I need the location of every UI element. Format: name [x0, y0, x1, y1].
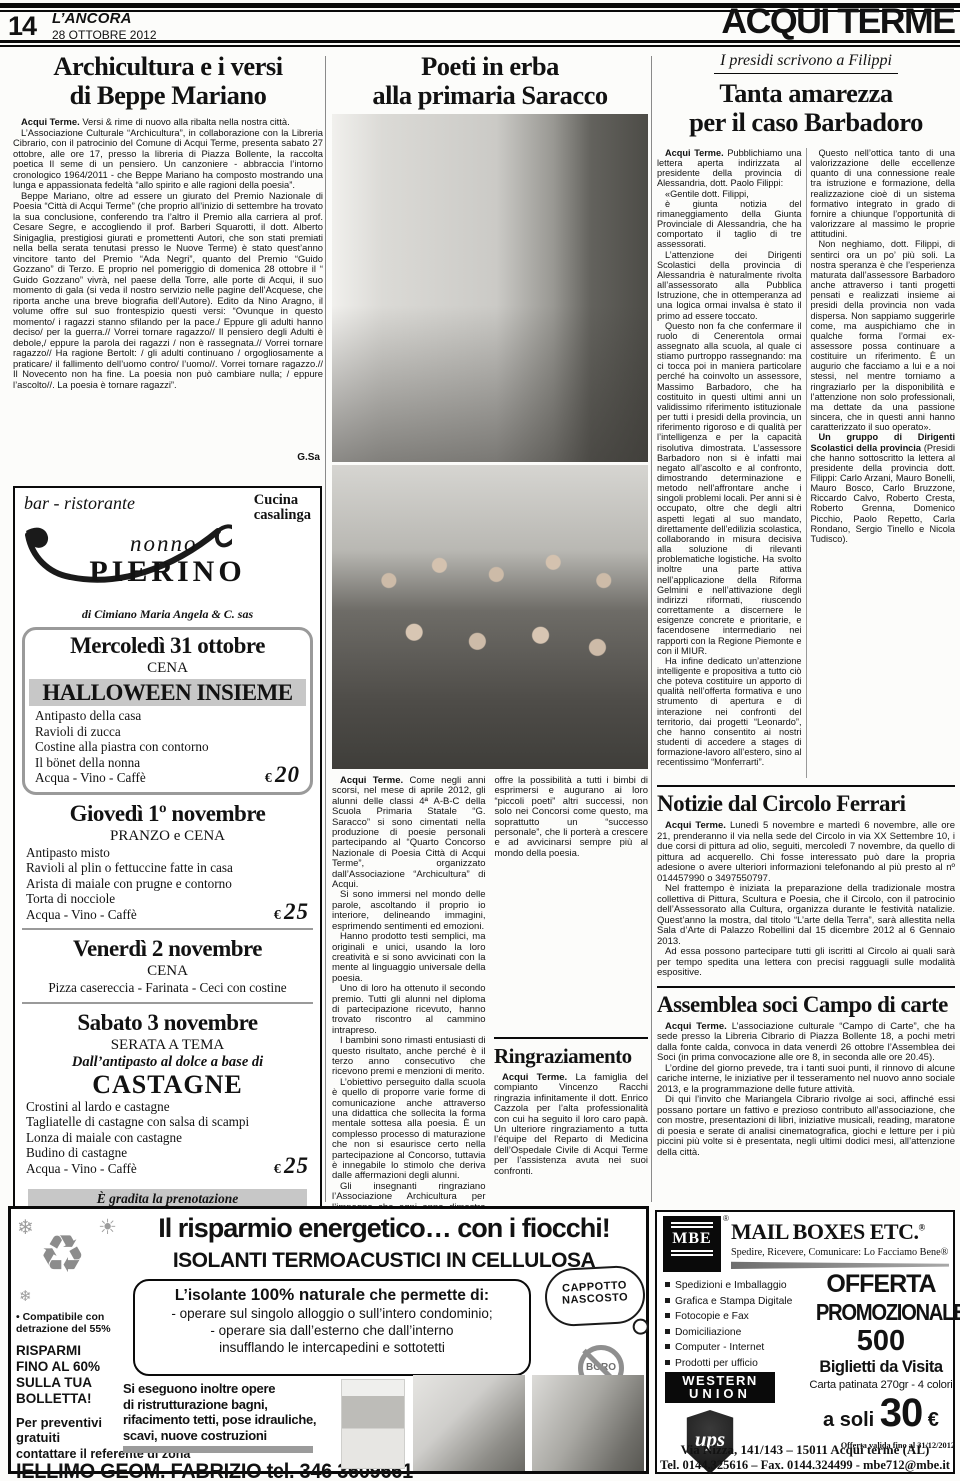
menu-venerdi-block: Venerdì 2 novembre CENA Pizza casereccia… [22, 936, 313, 1004]
paragraph: Questo nell’ottica tanto di una valorizz… [811, 148, 956, 239]
right-column: I presidi scrivono a Filippi Tanta amare… [657, 52, 955, 1158]
paragraph: Acqui Terme. Versi & rime di nuovo alla … [13, 117, 323, 128]
offer-word-2: PROMOZIONALE [816, 1299, 946, 1326]
union-label: UNION [665, 1387, 775, 1400]
kicker-text: I presidi scrivono a Filippi [714, 52, 898, 74]
photo-children-corridor [332, 114, 648, 462]
mbe-slogan: Spedire, Ricevere, Comunicare: Lo Faccia… [731, 1247, 955, 1258]
amount: 25 [284, 1153, 309, 1178]
menu-item: Budino di castagne [26, 1145, 313, 1161]
amount: 20 [275, 762, 300, 787]
eco-icon-cluster: ♻ ❄ ❄ ☀ [17, 1215, 119, 1307]
ringraziamento-body: Acqui Terme. La famiglia del compianto V… [494, 1073, 648, 1177]
mbe-contacts: Tel. 0144.325616 – Fax. 0144.324499 - mb… [657, 1458, 953, 1473]
snowflake-icon: ❄ [17, 1215, 34, 1240]
pierino-restaurant-ad: bar - ristorante Cucina casalinga nonno … [13, 486, 322, 1252]
menu-day: Venerdì 2 novembre [22, 936, 313, 962]
pierino-logo: nonno PIERINO [22, 529, 313, 607]
square-bullet-icon [665, 1329, 670, 1334]
service-label: Prodotti per ufficio [675, 1358, 758, 1369]
section-rule [494, 1037, 648, 1039]
menu-theme: CASTAGNE [22, 1071, 313, 1099]
menu-item: Acqua - Vino - Caffè [26, 907, 313, 923]
offer-quantity: 500 [807, 1326, 955, 1357]
house-diagram-image [341, 1379, 405, 1469]
paragraph: Ha infine dedicato un’attenzione intelli… [657, 656, 802, 768]
paragraph: L’obiettivo perseguito dalla scuola è qu… [332, 1078, 486, 1182]
middle-article-title-line1: Poeti in erba [332, 52, 648, 81]
square-bullet-icon [665, 1298, 670, 1303]
logo-line [671, 1222, 713, 1224]
worker-photo-1 [413, 1375, 525, 1471]
masthead-bottom-rule-2 [0, 45, 960, 47]
square-bullet-icon [665, 1313, 670, 1318]
free-quote-note: Per preventivi gratuiti [16, 1415, 126, 1445]
paragraph: L’Associazione Culturale “Archicultura”,… [13, 128, 323, 191]
paragraph: L’attenzione dei Dirigenti Scolastici de… [657, 250, 802, 321]
insulation-benefits-box: L’isolante 100% naturale che permette di… [133, 1279, 531, 1376]
menu-items: Antipasto misto Ravioli al plin o fettuc… [22, 845, 313, 923]
menu-price: € 25 [274, 904, 309, 924]
worker-photo-2 [532, 1375, 644, 1471]
paragraph: Acqui Terme. Lunedì 5 novembre e martedì… [657, 821, 955, 884]
left-column: Archicultura e i versi di Beppe Mariano … [13, 52, 323, 467]
left-article-title: Archicultura e i versi di Beppe Mariano [13, 52, 323, 110]
section-rule [657, 986, 955, 988]
paragraph: Nel frattempo è iniziata la preparazione… [657, 884, 955, 947]
middle-column: Poeti in erba alla primaria Saracco Acqu… [332, 52, 648, 1228]
offer-spec: Carta patinata 270gr - 4 colori [807, 1378, 955, 1392]
menu-giovedi-block: Giovedì 1º novembre PRANZO e CENA Antipa… [22, 801, 313, 931]
menu-sabato-block: Sabato 3 novembre SERATA A TEMA Dall’ant… [22, 1010, 313, 1183]
menu-day: Sabato 3 novembre [22, 1010, 313, 1036]
bar-ristorante-label: bar - ristorante [24, 493, 135, 514]
paragraph: Ad essa possono partecipare tutti gli is… [657, 947, 955, 979]
newspaper-page: 14 L’ANCORA 28 OTTOBRE 2012 ACQUI TERME … [0, 0, 960, 1481]
menu-item: Antipasto misto [26, 845, 313, 861]
menu-items: Pizza casereccia - Farinata - Ceci con c… [22, 980, 313, 996]
middle-article-title-line2: alla primaria Saracco [332, 81, 648, 110]
benefits-title-b: 100% naturale [251, 1285, 365, 1304]
benefit-line: insufflando le intercapedini e sottotett… [143, 1339, 521, 1356]
section-rule [657, 785, 955, 787]
price-amount: 30 [880, 1391, 923, 1435]
menu-meal: SERATA A TEMA [22, 1036, 313, 1054]
tax-deduction-note: • Compatibile con detrazione del 55% [16, 1311, 120, 1335]
menu-item: Antipasto della casa [35, 708, 304, 724]
paragraph-text: Lunedì 5 novembre e martedì 6 novembre, … [657, 820, 955, 884]
ringraziamento-title: Ringraziamento [494, 1044, 648, 1068]
masthead-bottom-rule [0, 40, 960, 43]
savings-claim: RISPARMI FINO AL 60% SULLA TUA BOLLETTA! [16, 1343, 120, 1407]
promo-offer-block: OFFERTA PROMOZIONALE 500 Biglietti da Vi… [807, 1270, 955, 1450]
service-item: Grafica e Stampa Digitale [665, 1294, 807, 1310]
right-article-title-line2: per il caso Barbadoro [657, 108, 955, 137]
column-divider-left [325, 56, 326, 1202]
mbe-logo-text: MBE [663, 1230, 721, 1248]
brand-text: MAIL BOXES ETC. [731, 1219, 919, 1244]
paragraph-text: La famiglia del compianto Vincenzo Racch… [494, 1072, 648, 1177]
campo-di-carte-title: Assemblea soci Campo di carte [657, 992, 955, 1018]
services-list: Spedizioni e Imballaggio Grafica e Stamp… [665, 1278, 807, 1371]
menu-price: € 25 [274, 1158, 309, 1178]
amount: 25 [284, 899, 309, 924]
paragraph: Acqui Terme. L’associazione culturale “C… [657, 1022, 955, 1064]
circolo-ferrari-title: Notizie dal Circolo Ferrari [657, 791, 955, 817]
currency: € [274, 908, 281, 923]
paragraph: Si sono immersi nel mondo delle parole, … [332, 890, 486, 932]
benefit-line: - operare sul singolo alloggio o sull’in… [143, 1305, 521, 1322]
dateline: Acqui Terme. [665, 1021, 727, 1032]
service-label: Spedizioni e Imballaggio [675, 1280, 787, 1291]
paragraph: Acqui Terme. Pubblichiamo una lettera ap… [657, 148, 802, 189]
paragraph-text: Come negli anni scorsi, nel mese di apri… [332, 776, 486, 890]
left-article-title-line2: di Beppe Mariano [13, 81, 323, 110]
paragraph: I bambini sono rimasti entusiasti di que… [332, 1036, 486, 1078]
middle-article-title: Poeti in erba alla primaria Saracco [332, 52, 648, 110]
offer-product: Biglietti da Visita [807, 1357, 955, 1378]
paragraph: Non neghiamo, dott. Filippi, di sentirci… [811, 239, 956, 432]
paragraph: Di qui l’invito che Mariangela Cibrario … [657, 1095, 955, 1158]
offer-word-1: OFFERTA [807, 1270, 955, 1299]
paragraph-text: (Presidi che hanno sottoscritto la lette… [811, 443, 956, 544]
column-divider-right [651, 56, 652, 1202]
left-article-title-line1: Archicultura e i versi [13, 52, 323, 81]
dateline: Acqui Terme. [665, 148, 724, 158]
nonno-script-label: nonno [130, 531, 198, 557]
left-article-body: Acqui Terme. Versi & rime di nuovo alla … [13, 117, 323, 467]
service-item: Prodotti per ufficio [665, 1356, 807, 1372]
paragraph: L’ordine del giorno prevede, tra i tanti… [657, 1064, 955, 1096]
menu-price: € 20 [265, 767, 300, 787]
halloween-banner: HALLOWEEN INSIEME [29, 679, 306, 706]
paragraph: Questo non fa che confermare il ruolo di… [657, 321, 802, 656]
service-item: Domiciliazione [665, 1325, 807, 1341]
menu-item: Crostini al lardo e castagne [26, 1099, 313, 1115]
square-bullet-icon [665, 1360, 670, 1365]
square-bullet-icon [665, 1282, 670, 1287]
benefits-title-a: L’isolante [175, 1287, 251, 1304]
service-label: Domiciliazione [675, 1327, 741, 1338]
benefit-line: - operare sia dall’esterno che dall’inte… [143, 1322, 521, 1339]
menu-day: Mercoledì 31 ottobre [31, 633, 304, 659]
menu-item: Costine alla piastra con contorno [35, 739, 304, 755]
cucina-casalinga-label: Cucina casalinga [254, 493, 311, 523]
campo-di-carte-body: Acqui Terme. L’associazione culturale “C… [657, 1022, 955, 1159]
menu-item: Tagliatelle di castagne con salsa di sca… [26, 1114, 313, 1130]
price-currency: € [922, 1409, 939, 1431]
paragraph: «Gentile dott. Filippi, [657, 189, 802, 199]
paragraph: Acqui Terme. Come negli anni scorsi, nel… [332, 776, 486, 890]
menu-item: Il bönet della nonna [35, 755, 304, 771]
menu-theme-intro: Dall’antipasto al dolce a base di [22, 1054, 313, 1071]
right-article-title-line1: Tanta amarezza [657, 79, 955, 108]
pierino-name: PIERINO [22, 555, 313, 589]
currency: € [265, 771, 272, 786]
currency: € [274, 1162, 281, 1177]
offer-price: a soli 30 € [807, 1394, 955, 1441]
menu-meal: PRANZO e CENA [22, 827, 313, 845]
iellimo-insulation-ad: ♻ ❄ ❄ ☀ • Compatibile con detrazione del… [8, 1206, 649, 1474]
paragraph: Hanno prodotto testi semplici, ma origin… [332, 932, 486, 984]
article-signature: G.Sa [297, 452, 320, 463]
section-title: ACQUI TERME [721, 2, 954, 42]
mail-boxes-etc-ad: MBE ® MAIL BOXES ETC.® Spedire, Ricevere… [655, 1210, 955, 1474]
menu-day: Giovedì 1º novembre [22, 801, 313, 827]
photo-class-group [332, 465, 648, 769]
menu-item: Ravioli di zucca [35, 724, 304, 740]
dateline: Acqui Terme. [502, 1072, 567, 1083]
page-number: 14 [8, 11, 36, 42]
menu-item: Acqua - Vino - Caffè [35, 770, 304, 786]
registered-mark: ® [723, 1214, 729, 1223]
paragraph: Acqui Terme. La famiglia del compianto V… [494, 1073, 648, 1177]
circolo-ferrari-body: Acqui Terme. Lunedì 5 novembre e martedì… [657, 821, 955, 979]
mbe-address: Via Nizza, 141/143 – 15011 Acqui terme (… [657, 1442, 953, 1458]
service-item: Computer - Internet [665, 1340, 807, 1356]
menu-item: Arista di maiale con prugne e contorno [26, 876, 313, 892]
paragraph: Beppe Mariano, oltre ad essere un giurat… [13, 191, 323, 391]
right-article-title: Tanta amarezza per il caso Barbadoro [657, 79, 955, 137]
logo-line [671, 1226, 713, 1228]
logo-line [671, 1254, 713, 1256]
menu-item: Torta di nocciole [26, 891, 313, 907]
paragraph: Un gruppo di Dirigenti Scolastici della … [811, 432, 956, 544]
sun-icon: ☀ [98, 1215, 117, 1240]
dateline: Acqui Terme. [665, 820, 726, 831]
recycle-icon: ♻ [39, 1229, 86, 1281]
menu-item: Acqua - Vino - Caffè [26, 1161, 313, 1177]
menu-item: Lonza di maiale con castagne [26, 1130, 313, 1146]
menu-item: Pizza casereccia - Farinata - Ceci con c… [22, 980, 313, 996]
masthead-title: L’ANCORA [52, 10, 157, 27]
western-union-logo: WESTERN UNION [665, 1372, 775, 1403]
menu-meal: CENA [31, 659, 304, 677]
menu-items: Crostini al lardo e castagne Tagliatelle… [22, 1099, 313, 1177]
benefits-title: L’isolante 100% naturale che permette di… [143, 1285, 521, 1305]
service-label: Computer - Internet [675, 1342, 764, 1353]
masthead-block: L’ANCORA 28 OTTOBRE 2012 [52, 10, 157, 42]
paragraph-text: Versi & rime di nuovo alla ribalta nella… [82, 117, 289, 127]
service-item: Fotocopie e Fax [665, 1309, 807, 1325]
ad-headline: Il risparmio energetico… con i fiocchi! [123, 1213, 645, 1244]
paragraph: è giunta notizia del rimaneggiamento del… [657, 199, 802, 250]
slogan-swoosh [731, 1261, 949, 1269]
right-article-body: Acqui Terme. Pubblichiamo una lettera ap… [657, 148, 955, 778]
snowflake-icon: ❄ [19, 1287, 32, 1305]
registered-mark: ® [919, 1223, 925, 1233]
square-bullet-icon [665, 1344, 670, 1349]
price-prefix: a soli [823, 1409, 880, 1431]
service-label: Fotocopie e Fax [675, 1311, 749, 1322]
dateline: Acqui Terme. [21, 117, 80, 127]
cappotto-nascosto-cloud: CAPPOTTO NASCOSTO [544, 1264, 647, 1327]
pierino-owner-label: di Cimiano Maria Angela & C. sas [22, 607, 313, 622]
menu-halloween-box: Mercoledì 31 ottobre CENA HALLOWEEN INSI… [22, 627, 313, 795]
mbe-brand-name: MAIL BOXES ETC.® [731, 1219, 955, 1245]
other-works-list: Si eseguono inoltre opere di ristruttura… [123, 1381, 318, 1443]
service-item: Spedizioni e Imballaggio [665, 1278, 807, 1294]
menu-item: Ravioli al plin o fettuccine fatte in ca… [26, 860, 313, 876]
benefits-title-c: che permette di: [365, 1287, 489, 1304]
menu-meal: CENA [22, 962, 313, 980]
kicker: I presidi scrivono a Filippi [657, 52, 955, 74]
menu-items: Antipasto della casa Ravioli di zucca Co… [31, 708, 304, 786]
service-label: Grafica e Stampa Digitale [675, 1296, 792, 1307]
paragraph: Uno di loro ha ottenuto il secondo premi… [332, 984, 486, 1036]
logo-line [671, 1250, 713, 1252]
mbe-logo: MBE [663, 1216, 721, 1272]
gray-underline-bar [123, 1446, 313, 1453]
